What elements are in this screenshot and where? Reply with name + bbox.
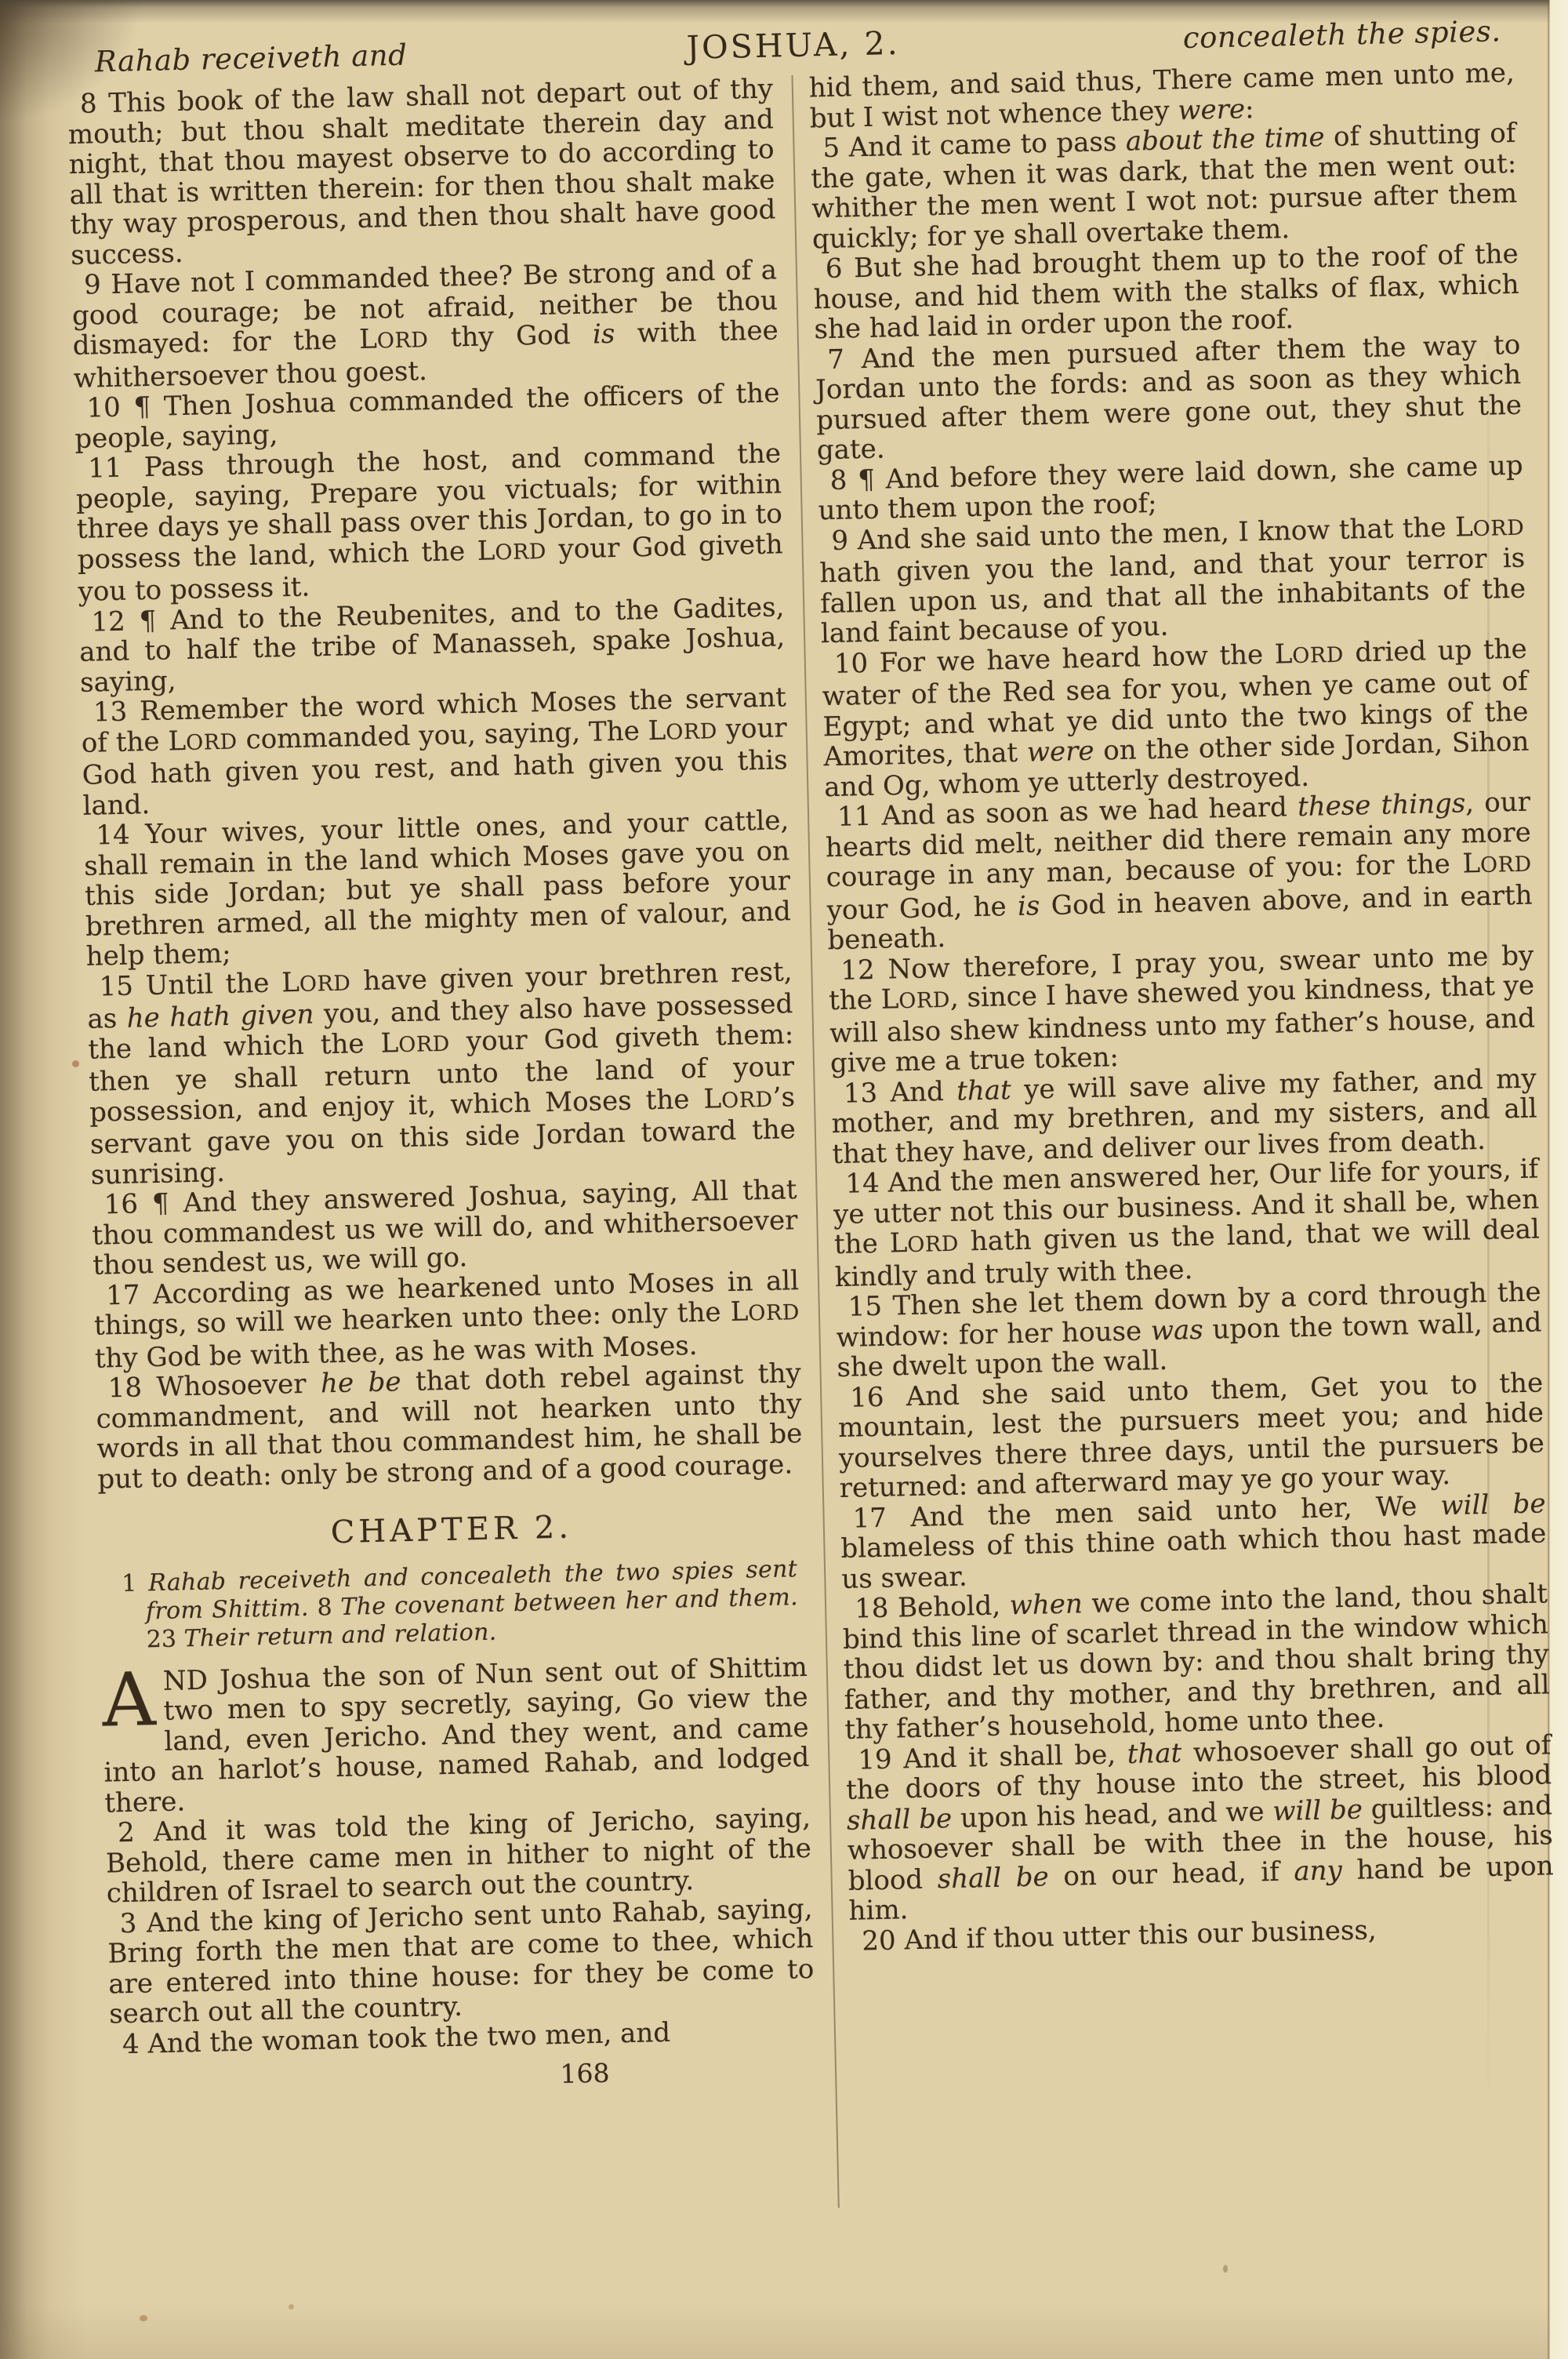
column-left-items: 8 This book of the law shall not depart …	[67, 74, 816, 2059]
page-number: 168	[111, 2054, 817, 2099]
verse: 9 Have not I commanded thee? Be strong a…	[71, 255, 779, 394]
verse: 18 Whosoever he be that doth rebel again…	[95, 1358, 803, 1495]
verse: 19 And it shall be, that whosoever shall…	[845, 1730, 1555, 1927]
printed-sheet: Rahab receiveth and JOSHUA, 2. concealet…	[55, 6, 1568, 2271]
chapter-heading: CHAPTER 2.	[99, 1507, 805, 1553]
running-head-left: Rahab receiveth and	[74, 33, 663, 79]
paper-speck	[1223, 2265, 1228, 2273]
verse: 2 And it was told the king of Jericho, s…	[105, 1803, 812, 1909]
verse: 6 But she had brought them up to the roo…	[812, 239, 1519, 345]
verse: 16 And she said unto them, Get you to th…	[837, 1368, 1545, 1504]
paper-speck	[140, 2315, 147, 2321]
verse: 16 ¶ And they answered Joshua, saying, A…	[91, 1175, 798, 1281]
scanned-bible-page: { "colors": { "paper": "#e7d9b2", "ink":…	[0, 0, 1568, 2359]
verse: 14 Your wives, your little ones, and you…	[83, 805, 792, 972]
verse: 3 And the king of Jericho sent unto Raha…	[107, 1893, 815, 2030]
column-right-items: hid them, and said thus, There came men …	[808, 58, 1555, 1957]
column-right: hid them, and said thus, There came men …	[808, 58, 1555, 1957]
verse: 18 Behold, when we come into the land, t…	[842, 1579, 1551, 1745]
verse: 17 According as we hearkened unto Moses …	[93, 1266, 800, 1374]
verse: 12 ¶ And to the Reubenites, and to the G…	[78, 592, 786, 698]
bottom-edge-shadow	[0, 2304, 1568, 2359]
verse: AND Joshua the son of Nun sent out of Sh…	[102, 1652, 811, 1818]
verse: 9 And she said unto the men, I know that…	[818, 511, 1526, 649]
text-columns: 8 This book of the law shall not depart …	[56, 58, 1568, 2271]
verse: 10 For we have heard how the Lord dried …	[821, 634, 1530, 802]
drop-cap: A	[102, 1666, 165, 1730]
book-title: JOSHUA, 2.	[662, 24, 924, 67]
verse: 15 Then she let them down by a cord thro…	[835, 1277, 1542, 1383]
verse: 14 And the men answered her, Our life fo…	[833, 1154, 1541, 1292]
chapter-summary: 1 Rahab receiveth and concealeth the two…	[100, 1555, 807, 1656]
verse: 5 And it came to pass about the time of …	[810, 118, 1518, 255]
verse: 11 Pass through the host, and command th…	[75, 438, 784, 607]
running-head-right: concealeth the spies.	[923, 14, 1512, 60]
verse: 13 And that ye will save alive my father…	[830, 1063, 1537, 1169]
verse: 15 Until the Lord have given your brethr…	[86, 957, 797, 1190]
verse: 12 Now therefore, I pray you, swear unto…	[828, 940, 1536, 1079]
paper-speck	[289, 2304, 294, 2310]
verse: 7 And the men pursued after them the way…	[815, 329, 1523, 466]
verse: 17 And the men said unto her, We will be…	[840, 1488, 1547, 1594]
column-left: 8 This book of the law shall not depart …	[67, 74, 817, 2099]
verse: 13 Remember the word which Moses the ser…	[81, 682, 789, 821]
verse: 8 This book of the law shall not depart …	[67, 74, 777, 271]
verse: 11 And as soon as we had heard these thi…	[825, 787, 1534, 956]
